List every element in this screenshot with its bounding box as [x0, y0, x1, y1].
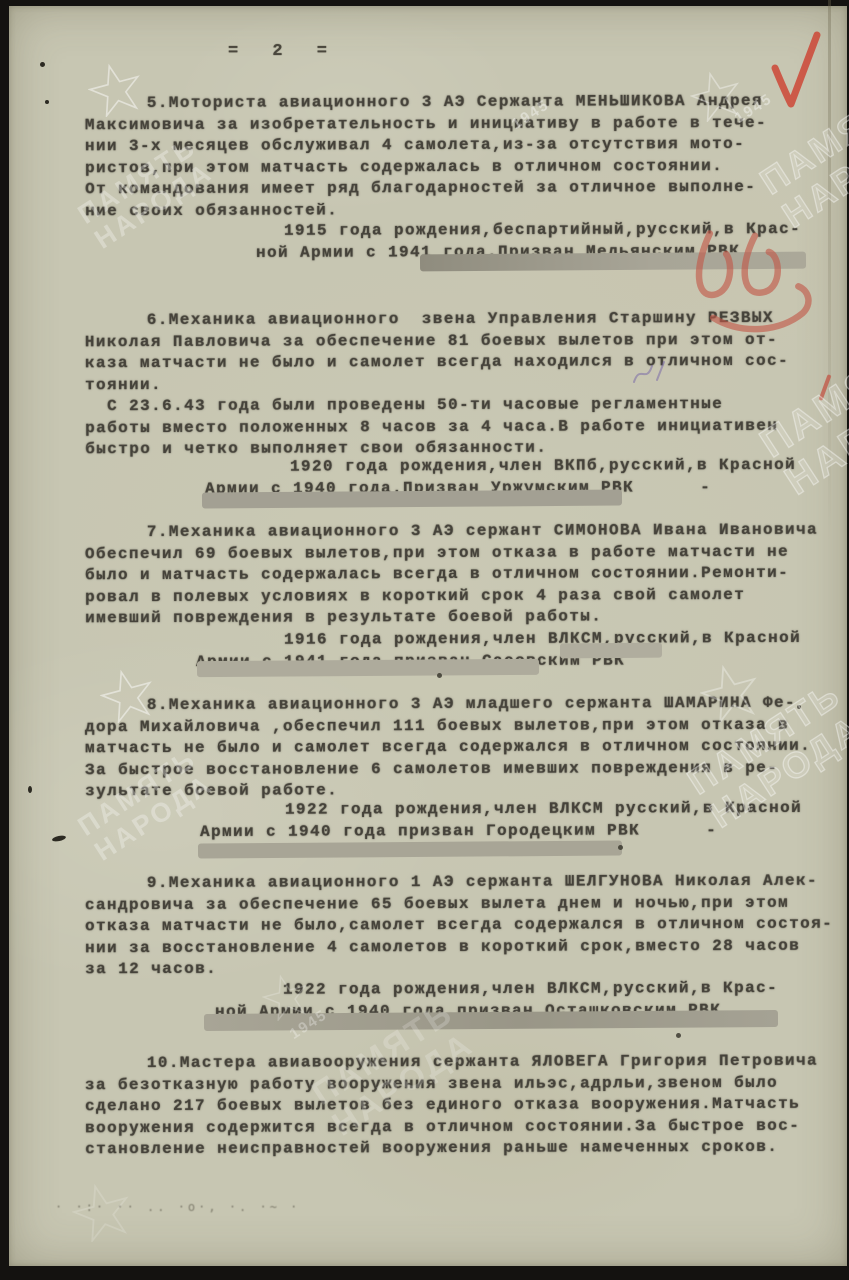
text-line: 8.Механика авиационного 3 АЭ младшего се… [85, 693, 821, 717]
text-line: за 12 часов. [85, 957, 821, 981]
page-number: = 2 = [228, 42, 339, 61]
text-line: вооружения содержится всегда в отличном … [85, 1115, 821, 1139]
scanned-document-page: = 2 = 5.Моториста авиационного 3 АЭ Серж… [0, 0, 849, 1280]
text-line: каза матчасти не было и самолет всегда н… [85, 351, 821, 375]
text-line: матчасть не было и самолет всегда содерж… [85, 736, 821, 760]
redaction-bar [197, 659, 539, 677]
faint-footer-marks: · ·:· ·· .. ·о·, ·. ·~ · [55, 1200, 315, 1214]
ink-speck [40, 62, 45, 67]
ink-dot [676, 1033, 681, 1038]
redaction-bar [198, 841, 622, 859]
text-line: 5.Моториста авиационного 3 АЭ Сержанта М… [85, 91, 821, 115]
redaction-bar [202, 490, 622, 509]
text-line: сандровича за обеспечение 65 боевых выле… [85, 892, 821, 916]
entry-8-bio: 1922 года рождения,член ВЛКСМ русский,в … [200, 798, 802, 843]
text-line: За быстрое восстановление 6 самолетов им… [85, 757, 821, 781]
ink-speck [52, 835, 67, 843]
text-line: за безотказную работу вооружения звена и… [85, 1072, 821, 1096]
entry-5-paragraph: 5.Моториста авиационного 3 АЭ Сержанта М… [85, 91, 821, 223]
text-line: От командования имеет ряд благодарностей… [85, 177, 821, 201]
ink-speck [28, 786, 32, 793]
document-content: = 2 = 5.Моториста авиационного 3 АЭ Серж… [0, 0, 849, 1280]
red-check-mark [768, 28, 824, 114]
text-line: Максимовича за изобретательность и иници… [85, 112, 821, 136]
text-line: нии 3-х месяцев обслуживал 4 самолета,из… [85, 134, 821, 158]
text-line: работы вместо положенных 8 часов за 4 ча… [85, 415, 821, 439]
text-line: нии за восстановление 4 самолетов в коро… [85, 935, 821, 959]
text-line: было и матчасть содержалась всегда в отл… [85, 563, 821, 587]
text-line: 10.Мастера авиавооружения сержанта ЯЛОВЕ… [85, 1051, 821, 1075]
text-line: 1920 года рождения,член ВКПб,русский,в К… [205, 455, 796, 479]
text-line: дора Михайловича ,обеспечил 111 боевых в… [85, 714, 821, 738]
text-line: С 23.6.43 года были проведены 50-ти часо… [85, 394, 821, 418]
redaction-bar [204, 1010, 778, 1031]
text-line: отказа матчасти не было,самолет всегда с… [85, 914, 821, 938]
text-line: ровал в полевых условиях в короткий срок… [85, 584, 821, 608]
text-line: 9.Механика авиационного 1 АЭ сержанта ШЕ… [85, 871, 821, 895]
entry-9-paragraph: 9.Механика авиационного 1 АЭ сержанта ШЕ… [85, 871, 821, 981]
entry-10-paragraph: 10.Мастера авиавооружения сержанта ЯЛОВЕ… [85, 1051, 821, 1161]
red-handwritten-scrawl [671, 218, 836, 353]
entry-8-paragraph: 8.Механика авиационного 3 АЭ младшего се… [85, 693, 821, 803]
text-line: имевший повреждения в результате боевой … [85, 606, 821, 630]
violet-pen-scribble [630, 358, 668, 388]
text-line: ристов,при этом матчасть содержалась в о… [85, 155, 821, 179]
text-line: Обеспечил 69 боевых вылетов,при этом отк… [85, 541, 821, 565]
text-line: становление неисправностей вооружения ра… [85, 1137, 821, 1161]
text-line: 7.Механика авиационного 3 АЭ сержант СИМ… [85, 520, 821, 544]
text-line: 1922 года рождения,член ВЛКСМ,русский,в … [215, 978, 778, 1001]
ink-dot [797, 705, 801, 709]
ink-speck [45, 100, 49, 104]
redaction-bar [560, 643, 662, 659]
entry-7-paragraph: 7.Механика авиационного 3 АЭ сержант СИМ… [85, 520, 821, 630]
text-line: Армии с 1940 года призван Городецким РВК… [200, 819, 802, 843]
text-line: 1916 года рождения,член ВЛКСМ,русский,в … [196, 628, 801, 652]
ink-dot [618, 845, 623, 850]
text-line: сделано 217 боевых вылетов без единого о… [85, 1094, 821, 1118]
text-line: тоянии. [85, 372, 821, 396]
ink-dot [437, 673, 442, 678]
text-line: 1922 года рождения,член ВЛКСМ русский,в … [200, 798, 802, 822]
